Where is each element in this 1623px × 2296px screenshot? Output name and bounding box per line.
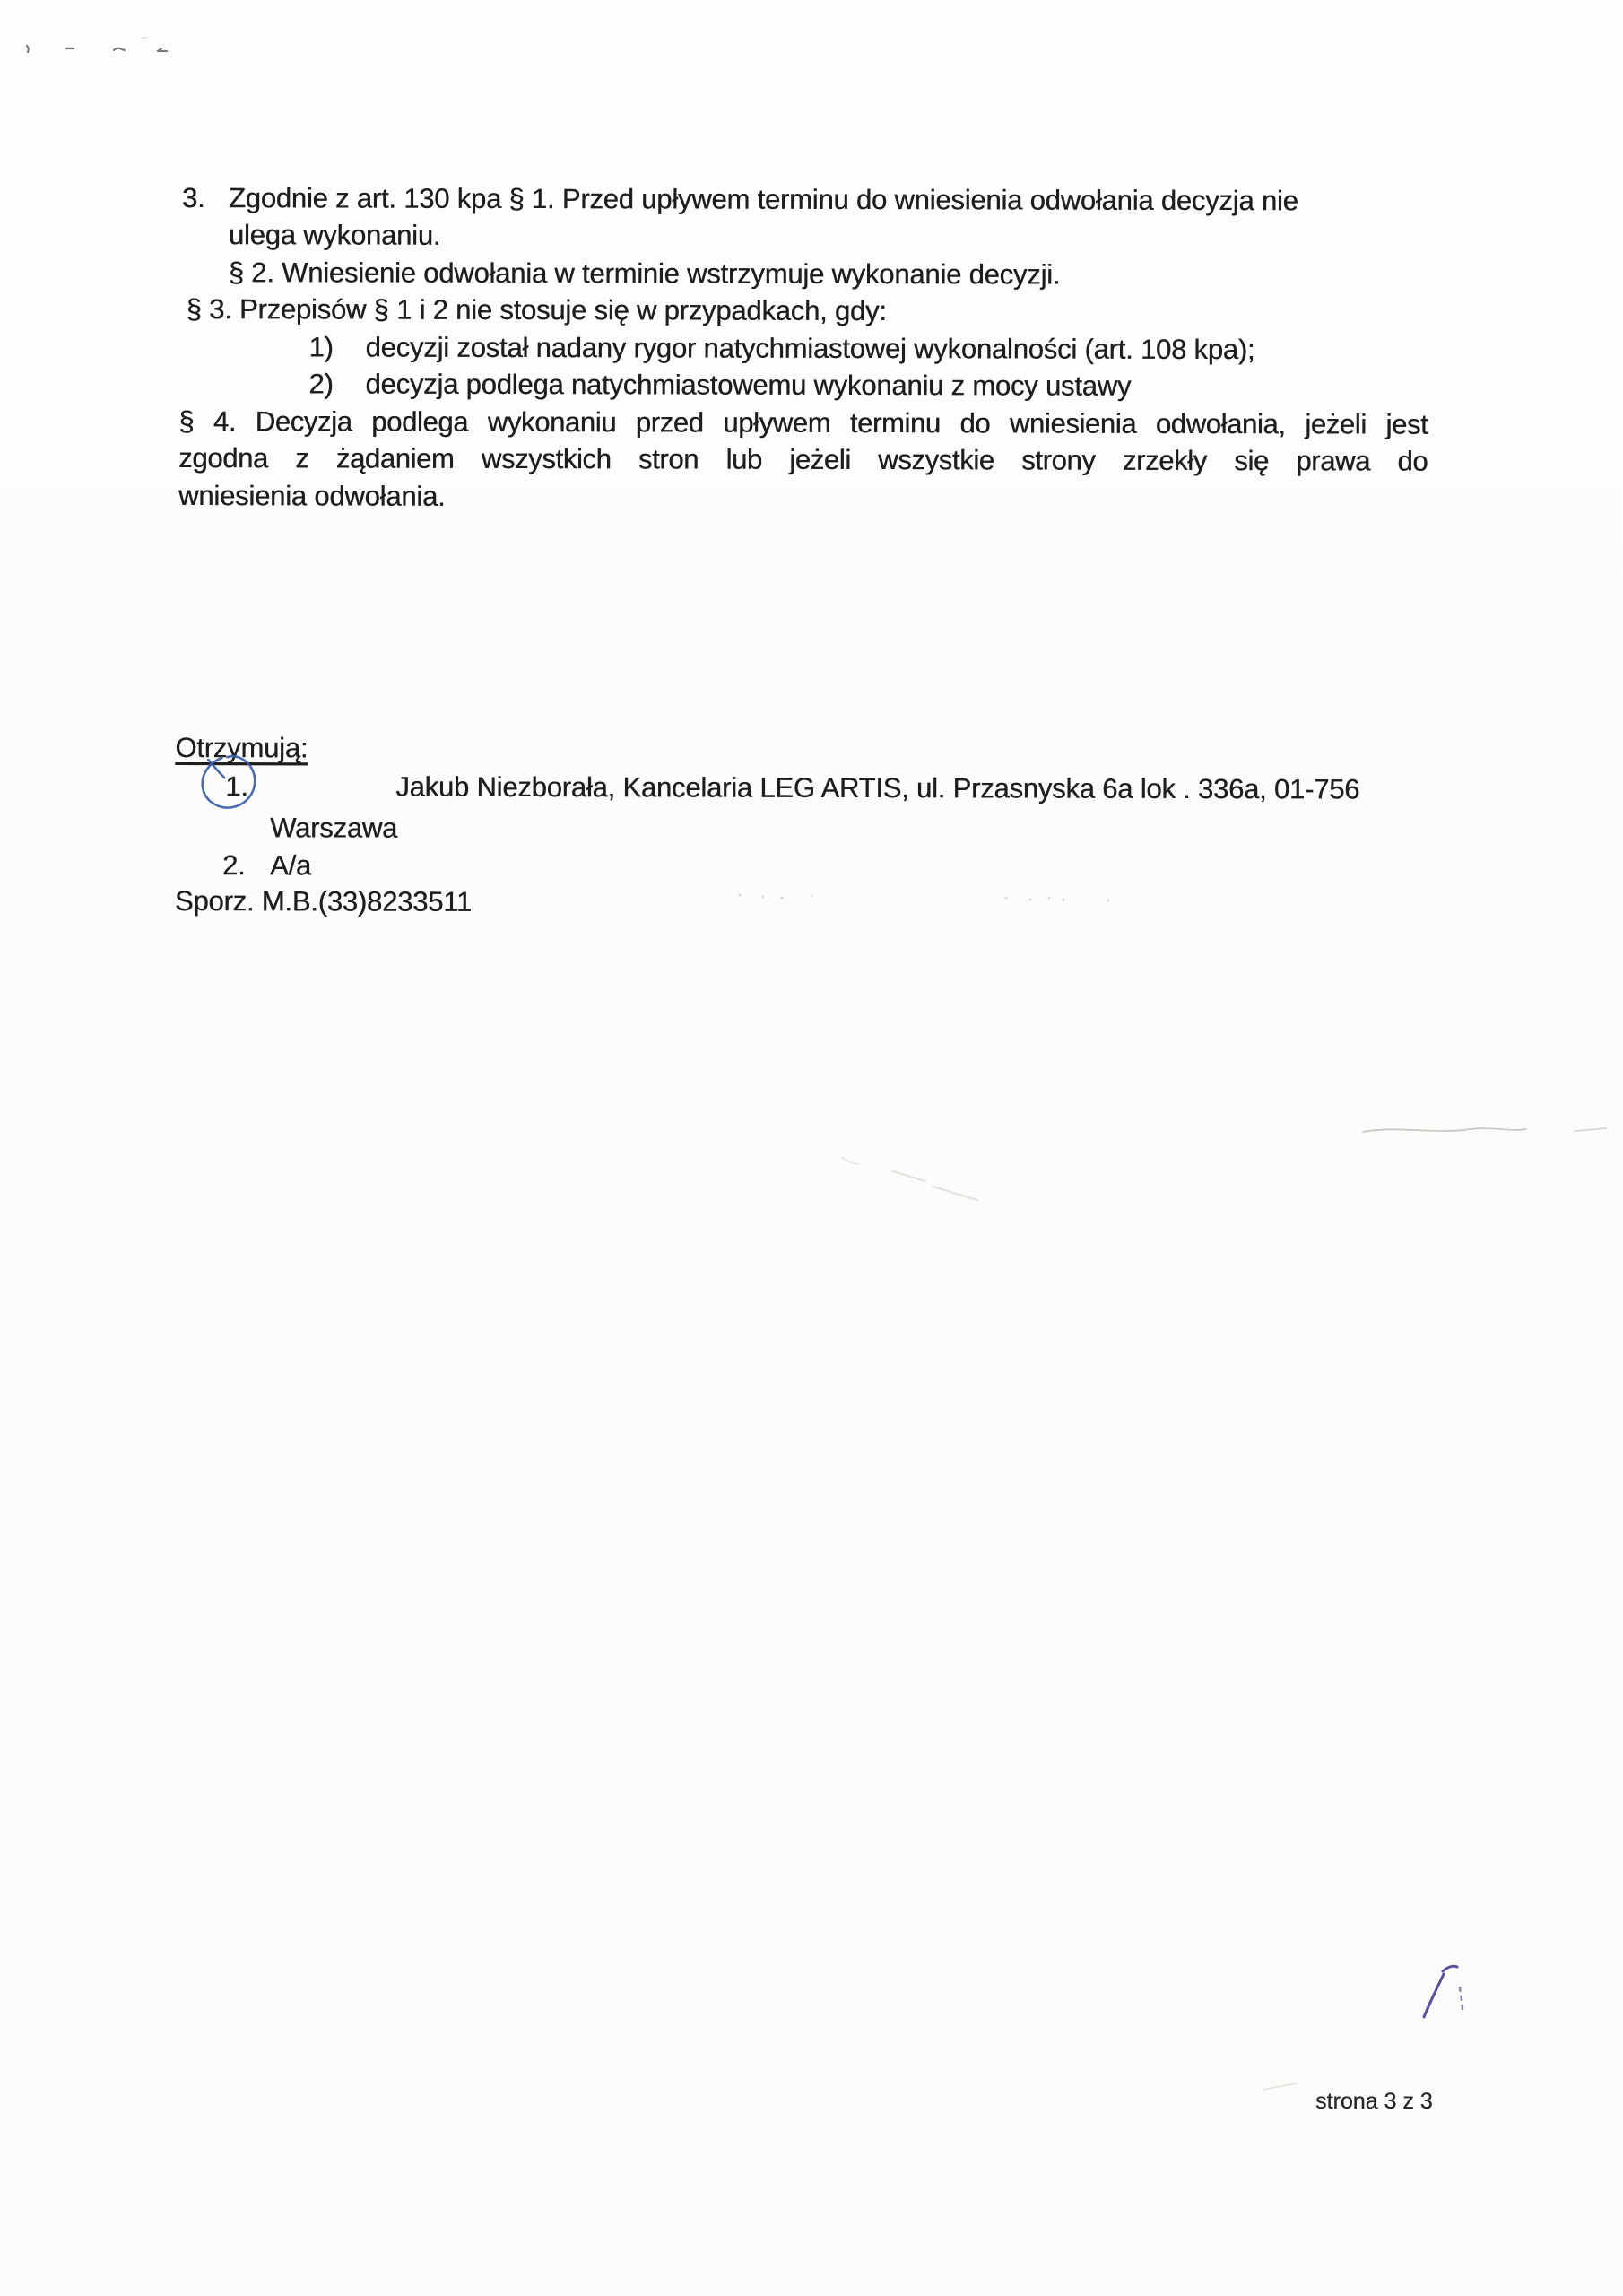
scanned-document-page: 3.Zgodnie z art. 130 kpa § 1. Przed upły… (0, 0, 1623, 2296)
legal-par3-intro: § 3. Przepisów § 1 i 2 nie stosuje się w… (187, 291, 887, 329)
recipient-1-line1: Jakub Niezborała, Kancelaria LEG ARTIS, … (395, 770, 1359, 808)
legal-par3-point2: 2)decyzja podlega natychmiastowemu wykon… (308, 366, 1131, 404)
prepared-by-line: Sporz. M.B.(33)8233511 (175, 883, 472, 920)
list-marker: 2) (308, 366, 365, 402)
list-marker: 3. (182, 180, 229, 216)
legal-item-3-line1: 3.Zgodnie z art. 130 kpa § 1. Przed upły… (182, 180, 1298, 219)
legal-par4-line2: zgodna z żądaniem wszystkich stron lub j… (178, 440, 1428, 480)
recipient-2-line1: A/a (270, 848, 311, 883)
legal-text: decyzja podlega natychmiastowemu wykonan… (365, 369, 1131, 402)
document-content: 3.Zgodnie z art. 130 kpa § 1. Przed upły… (0, 0, 1623, 2296)
legal-par4-line1: § 4. Decyzja podlega wykonaniu przed upł… (178, 404, 1428, 443)
recipients-heading: Otrzymują: (175, 730, 308, 766)
list-marker: 1) (308, 329, 365, 365)
recipients-section: Otrzymują: 1. Jakub Niezborała, Kancelar… (175, 730, 1521, 967)
recipient-2-number: 2. (222, 848, 246, 883)
legal-text: decyzji został nadany rygor natychmiasto… (365, 332, 1254, 366)
legal-par3-point1: 1)decyzji został nadany rygor natychmias… (308, 329, 1254, 368)
legal-text: Zgodnie z art. 130 kpa § 1. Przed upływe… (229, 182, 1298, 216)
legal-par4-line3: wniesienia odwołania. (178, 478, 445, 515)
legal-par2: § 2. Wniesienie odwołania w terminie wst… (229, 255, 1061, 292)
recipient-1-line2: Warszawa (270, 810, 397, 846)
legal-item-3-line2: ulega wykonaniu. (229, 217, 440, 254)
legal-text-section: 3.Zgodnie z art. 130 kpa § 1. Przed upły… (178, 180, 1435, 543)
page-number-label: strona 3 z 3 (1315, 2089, 1433, 2115)
recipient-1-number: 1. (225, 769, 248, 804)
